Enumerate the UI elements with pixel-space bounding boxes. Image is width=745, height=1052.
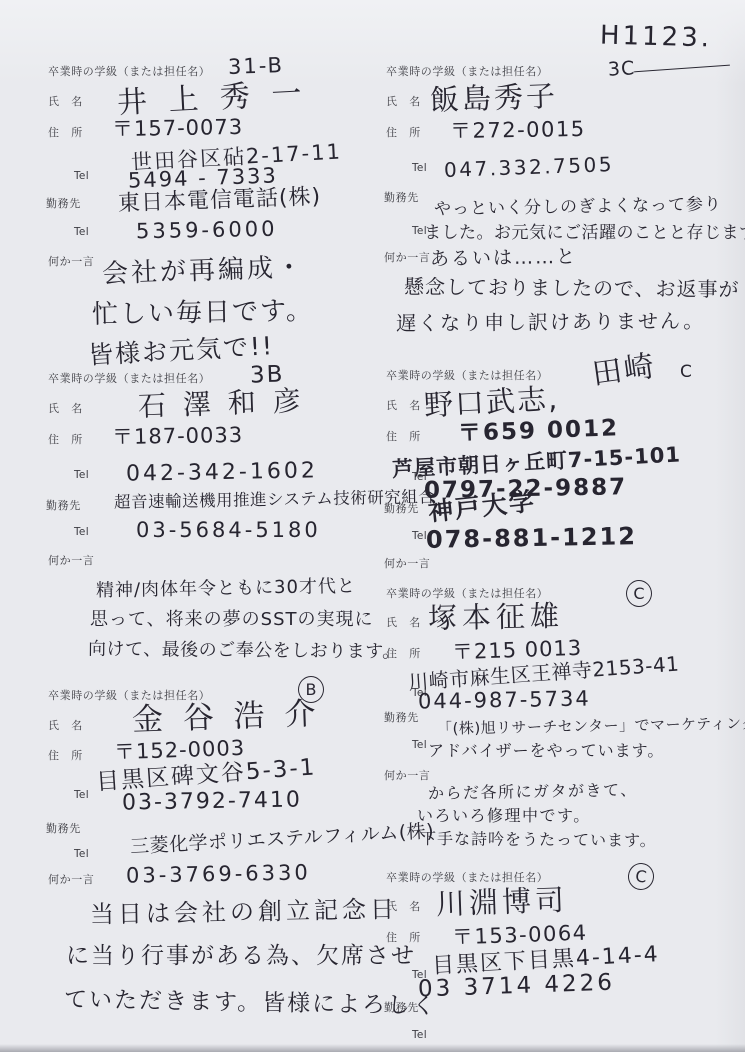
corner-annotation: H1123. [600,23,713,52]
workplace-line: 「(株)旭リサーチセンター」でマーケティング [437,716,745,737]
workplace-label: 勤務先 [384,1002,419,1013]
name-label: 氏 名 [386,96,421,107]
tel-label: Tel [74,790,89,801]
comment-line: ていただきます。皆様によろしく [64,989,438,1019]
comment-line: 当日は会社の創立記念日 [90,897,398,926]
comment-label: 何か一言 [48,555,94,566]
address-label: 住 所 [386,431,421,442]
workplace-tel-label: Tel [74,527,89,538]
name-value: 井 上 秀 一 [116,79,308,119]
comment-line: 思って、将来の夢のSSTの実現に [90,611,374,629]
tel-value: 03-3792-7410 [122,789,302,814]
workplace-label: 勤務先 [46,500,81,511]
address-label: 住 所 [48,127,83,138]
scanned-form-page: H1123. 卒業時の学級（または担任名） 31-B 氏 名 井 上 秀 一 住… [0,0,745,1052]
workplace-tel-label: Tel [74,227,89,238]
comment-line: いろいろ修理中です。 [417,808,591,824]
class-circled-value: C [627,862,656,892]
postal-value: 〒659 0012 [458,417,620,446]
class-extra-value: C [680,364,692,381]
class-underline [634,65,730,73]
workplace-tel-label: Tel [412,1030,427,1041]
comment-line: 忙しい毎日です。 [92,298,314,328]
workplace-tel-label: Tel [412,740,427,751]
workplace-label: 勤務先 [46,198,81,209]
comment-label: 何か一言 [48,874,94,885]
workplace-tel-value: 03-3769-6330 [126,862,311,886]
address-label: 住 所 [48,434,83,445]
tel-label: Tel [412,163,427,174]
tel-label: Tel [74,470,89,481]
name-label: 氏 名 [386,901,421,912]
name-label: 氏 名 [48,403,83,414]
tel-value: 042-342-1602 [126,460,318,485]
workplace-tel-value: 03-5684-5180 [136,520,321,541]
address-label: 住 所 [386,932,421,943]
comment-label: 何か一言 [384,558,430,569]
class-label: 卒業時の学級（または担任名） [48,690,210,701]
class-value: 31-B [228,55,285,78]
name-value: 金 谷 浩 介 [132,699,322,737]
name-label: 氏 名 [48,96,83,107]
workplace-tel-value: 078-881-1212 [426,524,637,552]
name-label: 氏 名 [386,400,421,411]
comment-label: 何か一言 [384,252,430,263]
workplace-line: アドバイザーをやっています。 [428,743,664,759]
comment-line: 下手な詩吟をうたっています。 [420,831,657,849]
workplace-value: 三菱化学ポリエステルフィルム(株) [130,822,435,857]
class-label: 卒業時の学級（または担任名） [386,588,548,599]
class-label: 卒業時の学級（または担任名） [386,872,548,883]
message-line: 遅くなり申し訳けありません。 [396,311,705,334]
comment-label: 何か一言 [48,256,94,267]
name-label: 氏 名 [48,720,83,731]
class-value: 3C [608,59,636,79]
comment-line: 向けて、最後のご奉公をしおります。 [88,641,401,662]
class-value: 田崎 [590,352,658,391]
name-value: 塚本征雄 [428,602,565,633]
message-line: ました。お元気にご活躍のことと存じます。 [424,225,745,242]
name-value: 飯島秀子 [430,82,559,115]
tel-label: Tel [74,171,89,182]
postal-value: 〒157-0073 [112,117,243,140]
postal-value: 〒153-0064 [452,923,588,949]
class-label: 卒業時の学級（または担任名） [386,370,548,381]
postal-value: 〒187-0033 [112,425,243,448]
postal-value: 〒272-0015 [450,119,586,142]
address-label: 住 所 [386,127,421,138]
comment-line: からだ各所にガタがきて、 [428,782,638,802]
scan-bottom-edge [0,1044,745,1052]
workplace-label: 勤務先 [384,503,419,514]
name-value: 石 澤 和 彦 [138,387,306,421]
tel-value: 044-987-5734 [418,688,591,712]
comment-line: 皆様お元気で!! [87,333,274,368]
message-line: やっといく分しのぎよくなって参り [434,196,722,218]
workplace-value: 東日本電信電話(株) [118,186,322,215]
message-line: 懸念しておりましたので、お返事が [404,277,740,300]
message-line: あるいは……と [430,248,577,270]
class-label: 卒業時の学級（または担任名） [386,66,548,77]
workplace-label: 勤務先 [46,823,81,834]
address-label: 住 所 [386,648,421,659]
class-circled-value: C [626,580,652,607]
name-label: 氏 名 [386,617,421,628]
comment-line: に当り行事がある為、欠席させ [66,945,416,968]
workplace-tel-label: Tel [412,531,427,542]
name-value: 川淵博司 [436,886,569,920]
class-label: 卒業時の学級（または担任名） [48,66,210,77]
class-label: 卒業時の学級（または担任名） [48,373,210,384]
workplace-label: 勤務先 [384,712,419,723]
workplace-tel-label: Tel [74,849,89,860]
tel-value: 03 3714 4226 [418,972,616,1002]
name-value: 野口武志, [423,384,560,420]
postal-value: 〒152-0003 [114,738,246,764]
workplace-label: 勤務先 [384,192,419,203]
comment-line: 精神/肉体年令ともに30才代と [96,578,356,601]
address-label: 住 所 [48,750,83,761]
comment-line: 会社が再編成・ [102,254,306,287]
workplace-tel-value: 5359-6000 [136,219,278,242]
comment-label: 何か一言 [384,770,430,781]
tel-value: 047.332.7505 [444,154,615,180]
